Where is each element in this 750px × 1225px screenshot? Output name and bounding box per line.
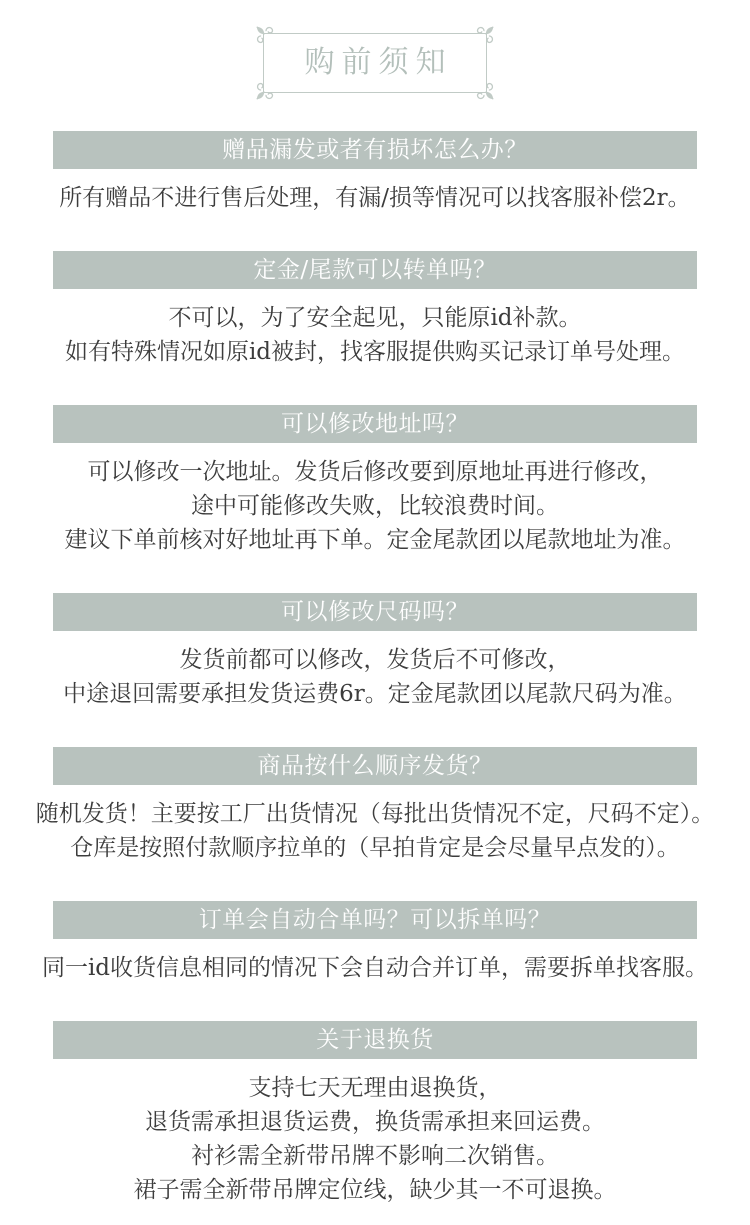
- body-line: 建议下单前核对好地址再下单。定金尾款团以尾款地址为准。: [0, 523, 750, 557]
- body-line: 退货需承担退货运费，换货需承担来回运费。: [0, 1105, 750, 1139]
- body-line: 中途退回需要承担发货运费6r。定金尾款团以尾款尺码为准。: [0, 677, 750, 711]
- faq-section: 商品按什么顺序发货？ 随机发货！主要按工厂出货情况（每批出货情况不定，尺码不定）…: [0, 747, 750, 865]
- section-heading-bar: 关于退换货: [53, 1021, 697, 1059]
- section-heading-bar: 可以修改尺码吗？: [53, 593, 697, 631]
- faq-section: 关于退换货 支持七天无理由退换货，退货需承担退货运费，换货需承担来回运费。衬衫需…: [0, 1021, 750, 1207]
- section-body: 支持七天无理由退换货，退货需承担退货运费，换货需承担来回运费。衬衫需全新带吊牌不…: [0, 1071, 750, 1207]
- section-body: 所有赠品不进行售后处理，有漏/损等情况可以找客服补偿2r。: [0, 181, 750, 215]
- body-line: 如有特殊情况如原id被封，找客服提供购买记录订单号处理。: [0, 335, 750, 369]
- section-heading: 关于退换货: [316, 1029, 434, 1052]
- corner-flourish-icon: [253, 23, 279, 49]
- body-line: 发货前都可以修改，发货后不可修改，: [0, 643, 750, 677]
- faq-section: 定金/尾款可以转单吗？ 不可以，为了安全起见，只能原id补款。如有特殊情况如原i…: [0, 251, 750, 369]
- section-heading: 定金/尾款可以转单吗？: [253, 259, 496, 282]
- faq-section: 可以修改尺码吗？ 发货前都可以修改，发货后不可修改，中途退回需要承担发货运费6r…: [0, 593, 750, 711]
- corner-flourish-icon: [253, 77, 279, 103]
- body-line: 仓库是按照付款顺序拉单的（早拍肯定是会尽量早点发的）。: [0, 831, 750, 865]
- section-heading: 可以修改尺码吗？: [281, 601, 469, 624]
- page-title: 购前须知: [305, 48, 453, 78]
- body-line: 同一id收货信息相同的情况下会自动合并订单，需要拆单找客服。: [0, 951, 750, 985]
- section-body: 可以修改一次地址。发货后修改要到原地址再进行修改，途中可能修改失败，比较浪费时间…: [0, 455, 750, 557]
- corner-flourish-icon: [471, 77, 497, 103]
- body-line: 可以修改一次地址。发货后修改要到原地址再进行修改，: [0, 455, 750, 489]
- body-line: 随机发货！主要按工厂出货情况（每批出货情况不定，尺码不定）。: [0, 797, 750, 831]
- faq-sections: 赠品漏发或者有损坏怎么办？ 所有赠品不进行售后处理，有漏/损等情况可以找客服补偿…: [0, 131, 750, 1207]
- section-heading: 赠品漏发或者有损坏怎么办？: [222, 139, 528, 162]
- section-heading: 可以修改地址吗？: [281, 413, 469, 436]
- faq-section: 可以修改地址吗？ 可以修改一次地址。发货后修改要到原地址再进行修改，途中可能修改…: [0, 405, 750, 557]
- body-line: 途中可能修改失败，比较浪费时间。: [0, 489, 750, 523]
- section-body: 随机发货！主要按工厂出货情况（每批出货情况不定，尺码不定）。仓库是按照付款顺序拉…: [0, 797, 750, 865]
- corner-flourish-icon: [471, 23, 497, 49]
- section-body: 发货前都可以修改，发货后不可修改，中途退回需要承担发货运费6r。定金尾款团以尾款…: [0, 643, 750, 711]
- section-heading: 商品按什么顺序发货？: [258, 755, 493, 778]
- body-line: 衬衫需全新带吊牌不影响二次销售。: [0, 1139, 750, 1173]
- section-body: 不可以，为了安全起见，只能原id补款。如有特殊情况如原id被封，找客服提供购买记…: [0, 301, 750, 369]
- faq-section: 赠品漏发或者有损坏怎么办？ 所有赠品不进行售后处理，有漏/损等情况可以找客服补偿…: [0, 131, 750, 215]
- section-heading-bar: 订单会自动合单吗？可以拆单吗？: [53, 901, 697, 939]
- section-heading-bar: 商品按什么顺序发货？: [53, 747, 697, 785]
- body-line: 所有赠品不进行售后处理，有漏/损等情况可以找客服补偿2r。: [0, 181, 750, 215]
- pre-purchase-notice-page: 购前须知 赠品漏发或者有损坏怎么办？ 所有赠品不进行售后处理，有漏/损等情况可以…: [0, 0, 750, 1225]
- section-heading-bar: 定金/尾款可以转单吗？: [53, 251, 697, 289]
- section-heading-bar: 可以修改地址吗？: [53, 405, 697, 443]
- page-header: 购前须知: [0, 33, 750, 93]
- body-line: 不可以，为了安全起见，只能原id补款。: [0, 301, 750, 335]
- body-line: 裙子需全新带吊牌定位线，缺少其一不可退换。: [0, 1173, 750, 1207]
- section-heading-bar: 赠品漏发或者有损坏怎么办？: [53, 131, 697, 169]
- body-line: 支持七天无理由退换货，: [0, 1071, 750, 1105]
- section-heading: 订单会自动合单吗？可以拆单吗？: [199, 909, 552, 932]
- faq-section: 订单会自动合单吗？可以拆单吗？ 同一id收货信息相同的情况下会自动合并订单，需要…: [0, 901, 750, 985]
- title-frame: 购前须知: [263, 33, 487, 93]
- section-body: 同一id收货信息相同的情况下会自动合并订单，需要拆单找客服。: [0, 951, 750, 985]
